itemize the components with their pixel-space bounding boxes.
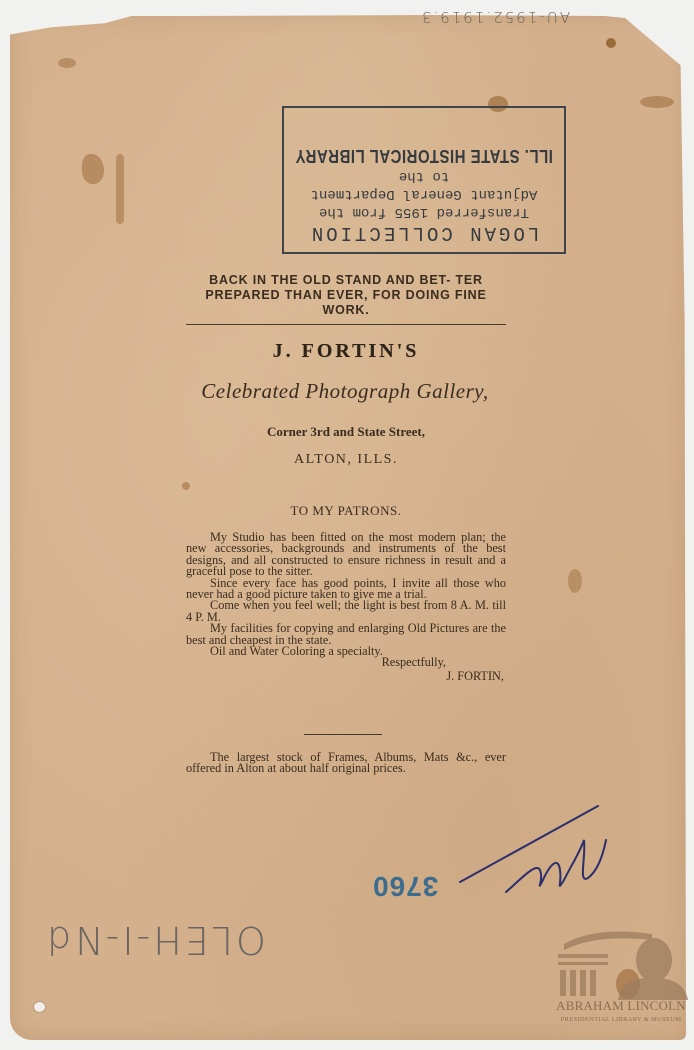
paragraph: Oil and Water Coloring a specialty. bbox=[186, 646, 506, 657]
stain-mark bbox=[58, 58, 76, 68]
punch-hole bbox=[34, 1002, 45, 1012]
divider-rule bbox=[186, 324, 506, 325]
watermark-subtitle: PRESIDENTIAL LIBRARY & MUSEUM bbox=[556, 1016, 686, 1023]
patrons-letter: My Studio has been fitted on the most mo… bbox=[186, 532, 506, 682]
stain-mark bbox=[568, 569, 582, 593]
pen-flourish-icon bbox=[440, 800, 620, 900]
signature: J. FORTIN, bbox=[186, 671, 506, 682]
headline: BACK IN THE OLD STAND AND BET- TER PREPA… bbox=[186, 273, 506, 318]
short-divider-rule bbox=[304, 734, 382, 735]
stain-mark bbox=[182, 482, 190, 490]
stamp-line-5: ILL. STATE HISTORICAL LIBRARY bbox=[284, 145, 564, 165]
logan-collection-stamp: LOGAN COLLECTION Transferred 1955 from t… bbox=[282, 106, 566, 254]
stamp-line-4: to the bbox=[284, 168, 564, 184]
paragraph: The largest stock of Frames, Albums, Mat… bbox=[186, 752, 506, 775]
city: ALTON, ILLS. bbox=[186, 452, 506, 468]
lincoln-portrait-icon bbox=[556, 920, 688, 1000]
paragraph: Come when you feel well; the light is be… bbox=[186, 600, 506, 623]
catalog-number-handwritten: OLEH-I-Nd bbox=[44, 918, 266, 962]
patrons-heading: TO MY PATRONS. bbox=[186, 503, 506, 519]
stain-mark bbox=[82, 154, 104, 184]
stock-notice: The largest stock of Frames, Albums, Mat… bbox=[186, 752, 506, 775]
accession-number-handwritten: AU-1952.1919.3 bbox=[380, 8, 610, 26]
stamp-line-2: Transferred 1955 from the bbox=[284, 204, 564, 220]
alplm-watermark-logo: ABRAHAM LINCOLN PRESIDENTIAL LIBRARY & M… bbox=[556, 920, 688, 1035]
inventory-number-stamp: 3760 bbox=[372, 870, 438, 902]
watermark-title: ABRAHAM LINCOLN bbox=[556, 998, 686, 1014]
paragraph: Since every face has good points, I invi… bbox=[186, 578, 506, 601]
stain-mark bbox=[640, 96, 674, 108]
address: Corner 3rd and State Street, bbox=[186, 424, 506, 440]
studio-name: J. FORTIN'S bbox=[186, 340, 506, 363]
sign-off: Respectfully, bbox=[186, 657, 506, 668]
paragraph: My Studio has been fitted on the most mo… bbox=[186, 532, 506, 578]
paragraph: My facilities for copying and enlarging … bbox=[186, 623, 506, 646]
stamp-line-3: Adjutant General Department bbox=[284, 186, 564, 202]
stamp-line-1: LOGAN COLLECTION bbox=[284, 222, 564, 244]
gallery-title: Celebrated Photograph Gallery, bbox=[180, 379, 510, 404]
stain-mark bbox=[606, 38, 616, 48]
stain-mark bbox=[116, 154, 124, 224]
